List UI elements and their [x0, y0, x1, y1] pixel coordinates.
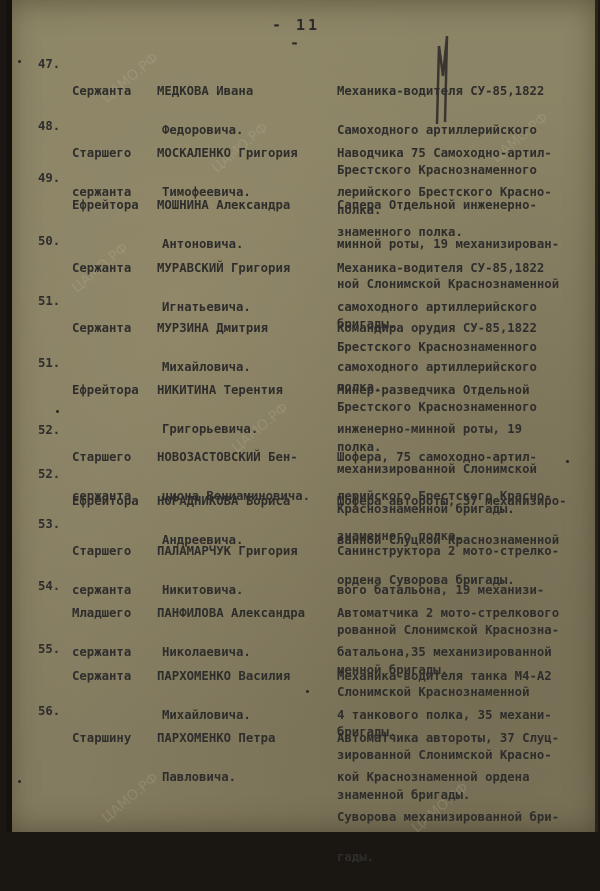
entry-number: 55.: [38, 643, 60, 656]
entry-rank: Сержанта: [72, 295, 131, 361]
entry-number: 51.: [38, 295, 60, 308]
paper-speck: [18, 780, 21, 783]
entry-rank: Ефрейтора: [72, 172, 139, 238]
entry-rank: Ефрейтора: [72, 357, 139, 423]
entry-number: 50.: [38, 235, 60, 248]
entry-number: 51.: [38, 357, 60, 370]
entry-number: 52.: [38, 468, 60, 481]
entry-number: 56.: [38, 705, 60, 718]
paper-speck: [18, 60, 21, 63]
entry-number: 53.: [38, 518, 60, 531]
entry-rank: Сержанта: [72, 235, 131, 301]
entry-rank: Старшину: [72, 705, 131, 771]
paper-speck: [56, 410, 59, 413]
page-right-edge: [595, 0, 598, 832]
document-page: ЦАМО.РФ ЦАМО.РФ ЦАМО.РФ ЦАМО.РФ ЦАМО.РФ …: [6, 0, 598, 832]
entry-name: ПАРХОМЕНКО Петра Павловича.: [157, 705, 275, 811]
entry-number: 52.: [38, 424, 60, 437]
watermark: ЦАМО.РФ: [99, 770, 162, 826]
entry-number: 54.: [38, 580, 60, 593]
entry-rank: Сержанта: [72, 643, 131, 709]
paper-speck: [566, 460, 569, 463]
page-number: - 11 -: [261, 16, 331, 52]
entry-number: 48.: [38, 120, 60, 133]
entry-unit: Автоматчика автороты, 37 Слуц- кой Красн…: [337, 705, 559, 832]
page-left-edge: [6, 0, 12, 832]
entry-rank: Сержанта: [72, 58, 131, 124]
entry-number: 49.: [38, 172, 60, 185]
paper-speck: [306, 690, 309, 693]
entry-number: 47.: [38, 58, 60, 71]
